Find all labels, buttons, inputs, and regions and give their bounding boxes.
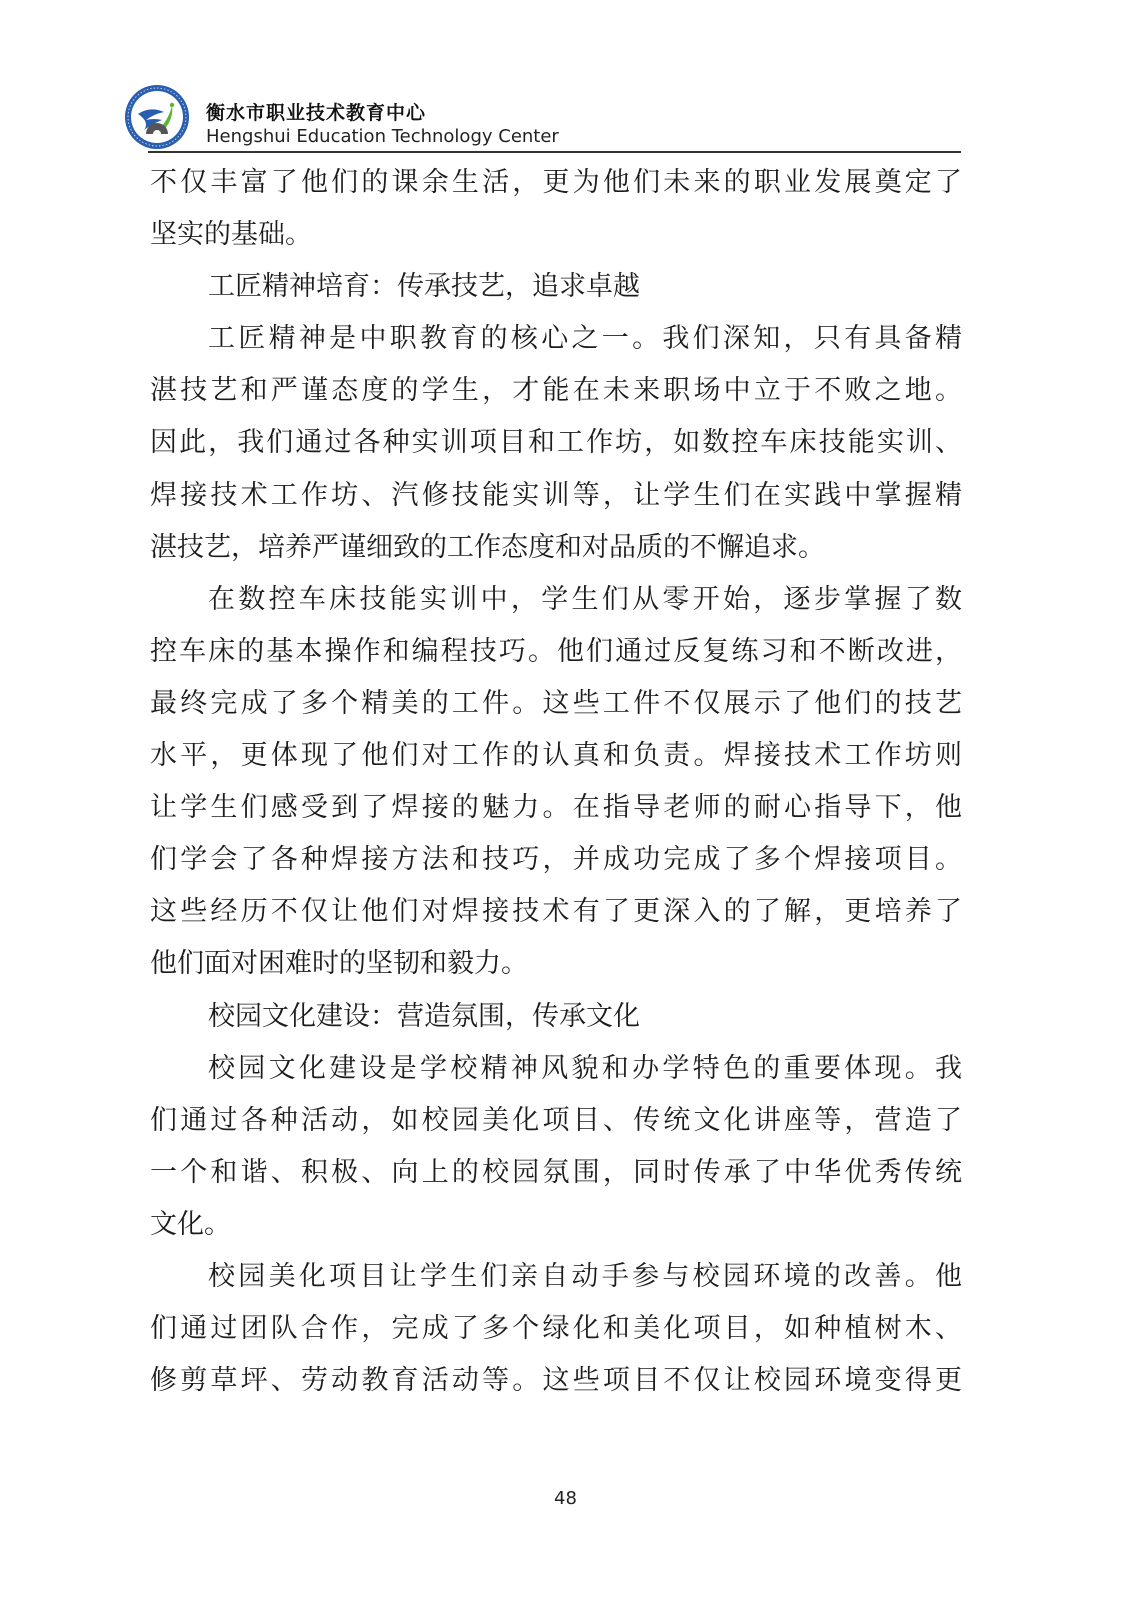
page-header: 衡水市职业技术教育中心 Hengshui Education Technolog…	[124, 84, 964, 156]
text-line: 工匠精神是中职教育的核心之一。我们深知，只有具备精	[150, 313, 962, 365]
text-line: 坚实的基础。	[150, 209, 962, 261]
header-text: 衡水市职业技术教育中心 Hengshui Education Technolog…	[206, 102, 559, 148]
text-line: 湛技艺，培养严谨细致的工作态度和对品质的不懈追求。	[150, 522, 962, 574]
text-line: 们学会了各种焊接方法和技巧，并成功完成了多个焊接项目。	[150, 834, 962, 886]
text-line: 他们面对困难时的坚韧和毅力。	[150, 938, 962, 990]
text-line: 这些经历不仅让他们对焊接技术有了更深入的了解，更培养了	[150, 886, 962, 938]
institution-name-en: Hengshui Education Technology Center	[206, 126, 559, 148]
text-line: 一个和谐、积极、向上的校园氛围，同时传承了中华优秀传统	[150, 1147, 962, 1199]
page-number: 48	[0, 1488, 1131, 1509]
section-heading: 工匠精神培育：传承技艺，追求卓越	[150, 261, 962, 313]
body-text: 不仅丰富了他们的课余生活，更为他们未来的职业发展奠定了坚实的基础。工匠精神培育：…	[150, 157, 962, 1407]
school-emblem-icon	[124, 84, 190, 150]
text-line: 让学生们感受到了焊接的魅力。在指导老师的耐心指导下，他	[150, 782, 962, 834]
section-heading: 校园文化建设：营造氛围，传承文化	[150, 991, 962, 1043]
text-line: 控车床的基本操作和编程技巧。他们通过反复练习和不断改进，	[150, 626, 962, 678]
text-line: 不仅丰富了他们的课余生活，更为他们未来的职业发展奠定了	[150, 157, 962, 209]
text-line: 们通过团队合作，完成了多个绿化和美化项目，如种植树木、	[150, 1303, 962, 1355]
text-line: 校园文化建设是学校精神风貌和办学特色的重要体现。我	[150, 1043, 962, 1095]
text-line: 湛技艺和严谨态度的学生，才能在未来职场中立于不败之地。	[150, 365, 962, 417]
text-line: 在数控车床技能实训中，学生们从零开始，逐步掌握了数	[150, 574, 962, 626]
text-line: 们通过各种活动，如校园美化项目、传统文化讲座等，营造了	[150, 1095, 962, 1147]
text-line: 修剪草坪、劳动教育活动等。这些项目不仅让校园环境变得更	[150, 1355, 962, 1407]
text-line: 水平，更体现了他们对工作的认真和负责。焊接技术工作坊则	[150, 730, 962, 782]
document-page: 衡水市职业技术教育中心 Hengshui Education Technolog…	[0, 0, 1131, 1600]
institution-name-cn: 衡水市职业技术教育中心	[206, 102, 559, 124]
header-divider	[148, 151, 961, 153]
text-line: 文化。	[150, 1199, 962, 1251]
text-line: 校园美化项目让学生们亲自动手参与校园环境的改善。他	[150, 1251, 962, 1303]
text-line: 焊接技术工作坊、汽修技能实训等，让学生们在实践中掌握精	[150, 470, 962, 522]
text-line: 最终完成了多个精美的工件。这些工件不仅展示了他们的技艺	[150, 678, 962, 730]
text-line: 因此，我们通过各种实训项目和工作坊，如数控车床技能实训、	[150, 417, 962, 469]
